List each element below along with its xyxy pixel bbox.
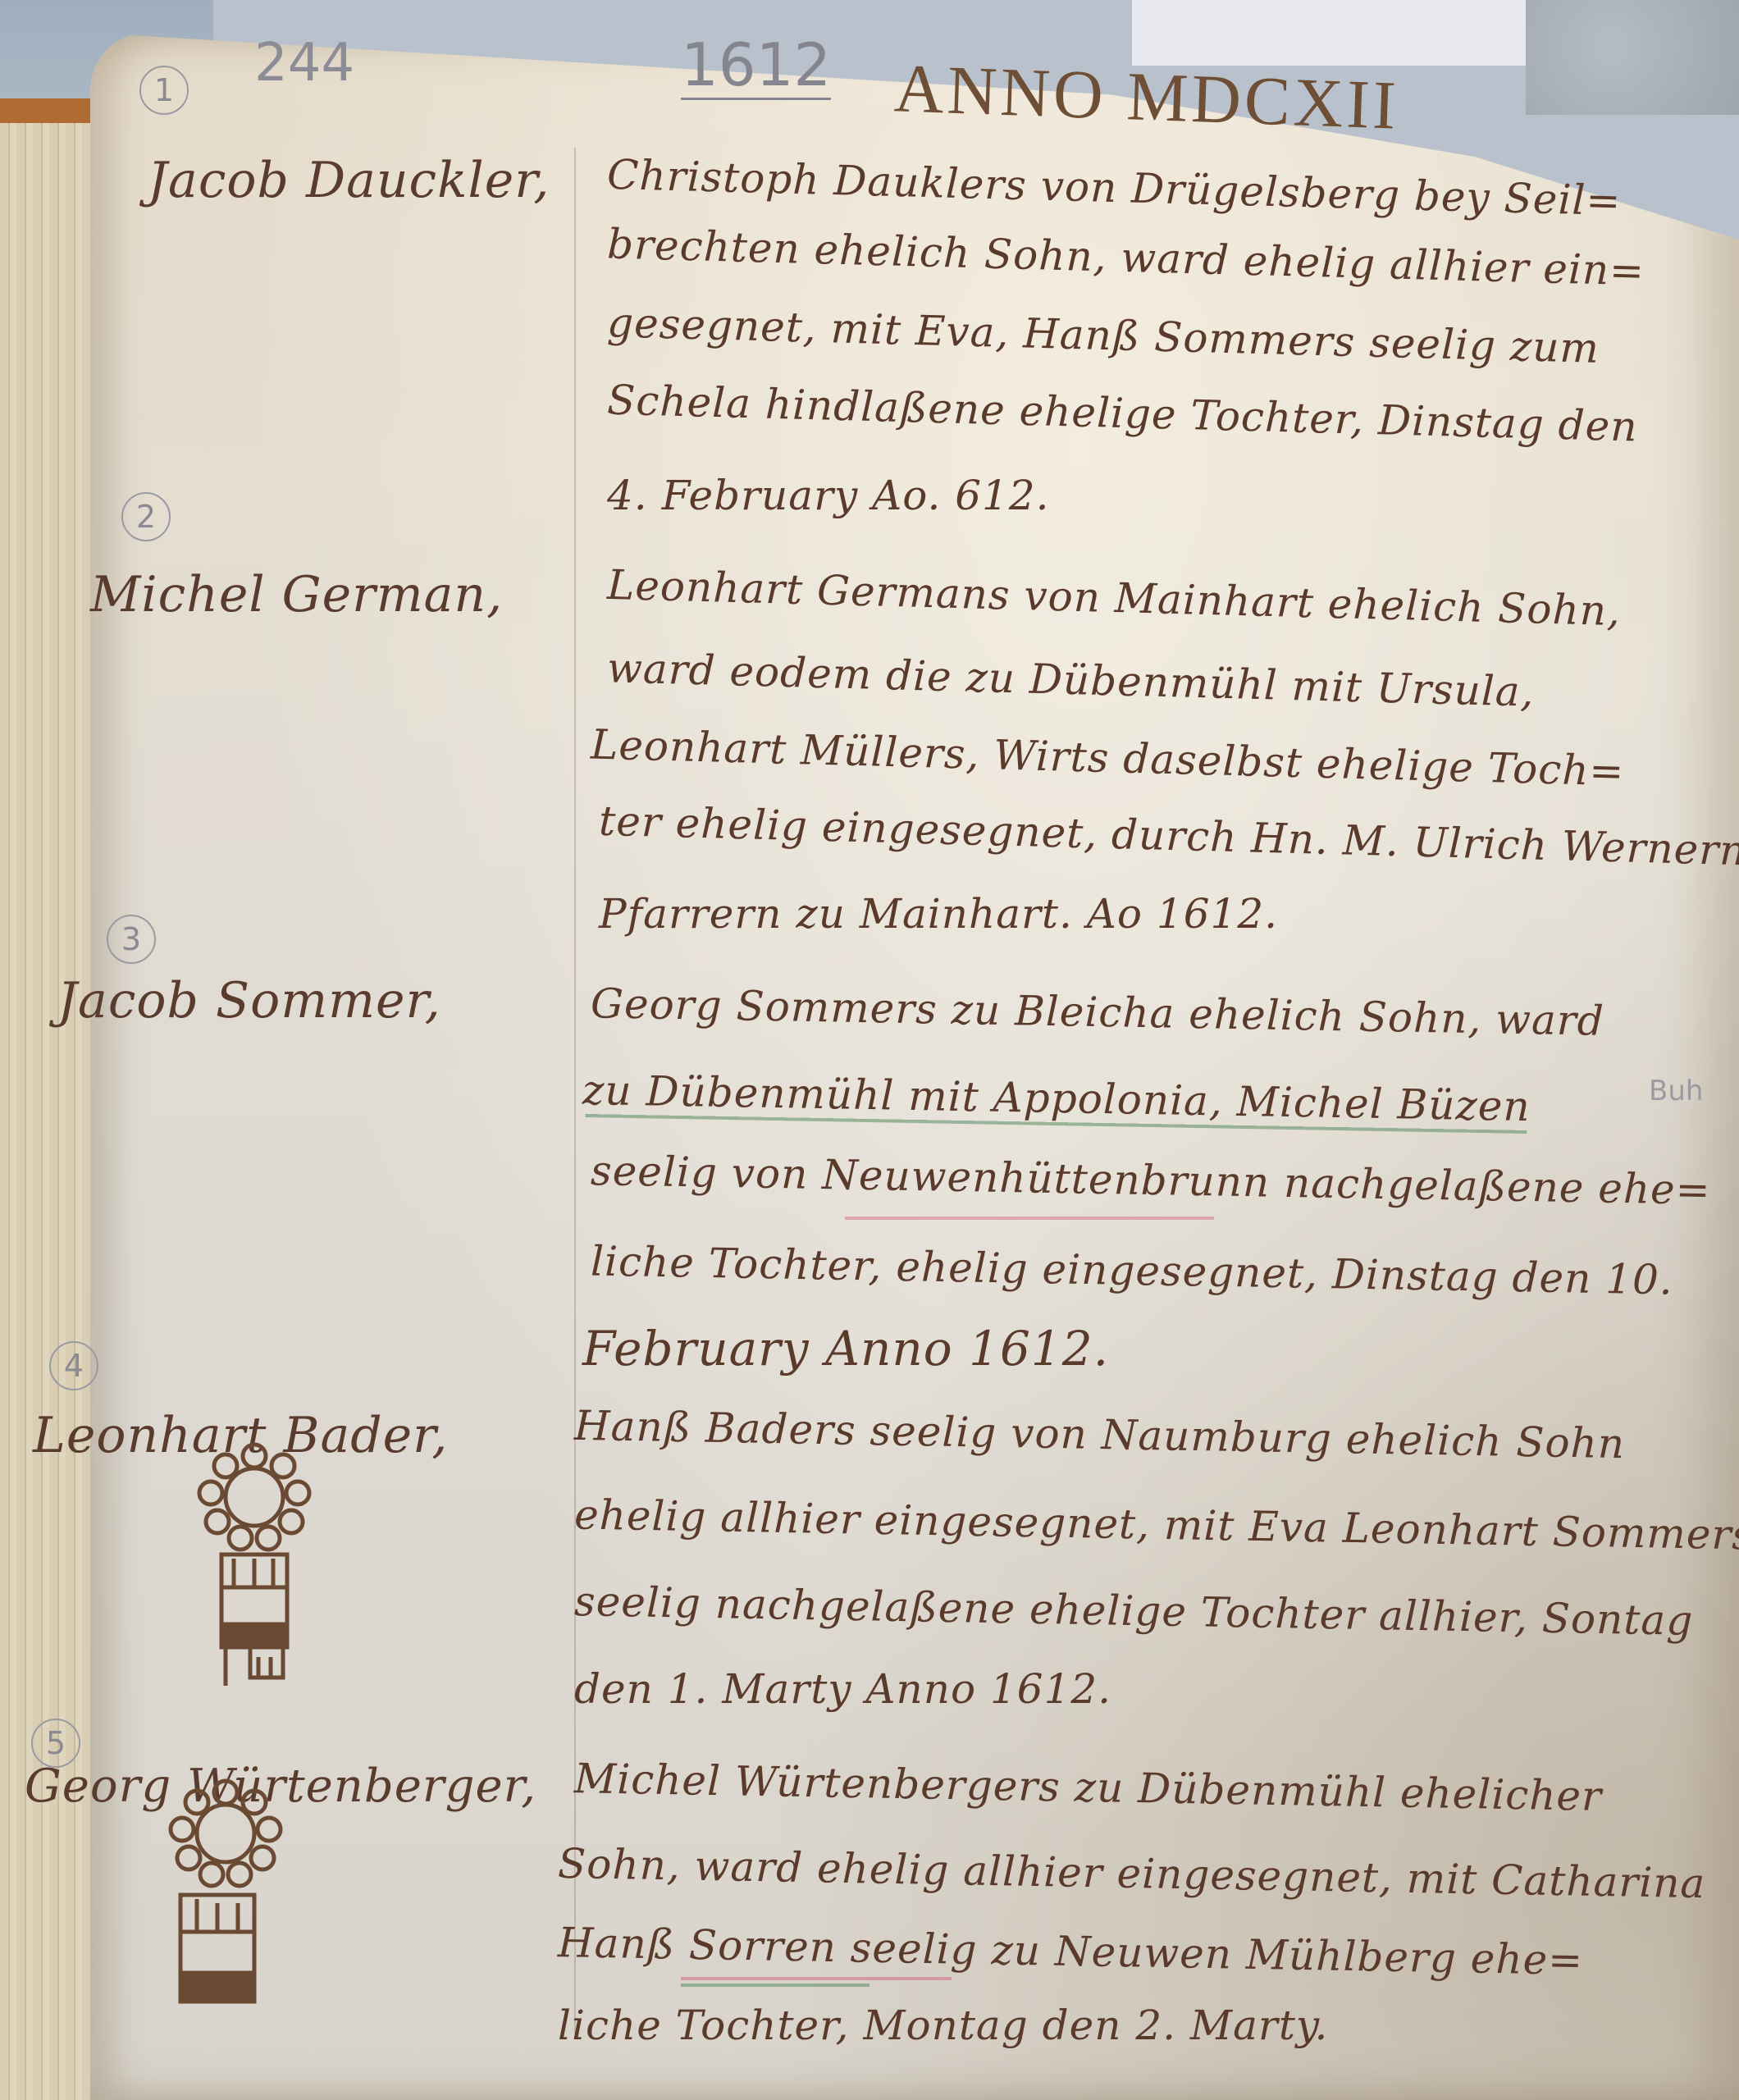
background-stone-surface xyxy=(1526,0,1739,115)
groom-name: Michel German, xyxy=(90,566,503,623)
green-underline xyxy=(681,1984,869,1987)
entry-line: Pfarrern zu Mainhart. Ao 1612. xyxy=(599,890,1278,938)
entry-line: den 1. Marty Anno 1612. xyxy=(574,1665,1111,1713)
groom-name: Jacob Sommer, xyxy=(57,972,441,1029)
flower-key-ornament-1-icon xyxy=(176,1440,332,1735)
groom-name: Jacob Dauckler, xyxy=(148,152,550,209)
entry-number: 3 xyxy=(107,915,156,964)
entry-line: February Anno 1612. xyxy=(582,1321,1109,1376)
flower-key-ornament-2-icon xyxy=(148,1764,304,2034)
entry-number: 2 xyxy=(121,492,171,541)
background-paper xyxy=(1132,0,1526,66)
entry-number: 1 xyxy=(139,66,189,115)
entry-number: 4 xyxy=(49,1341,98,1390)
red-underline xyxy=(681,1977,952,1980)
red-underline xyxy=(845,1217,1214,1220)
year-pencil-annotation: 1612 xyxy=(681,33,831,100)
folio-number: 244 xyxy=(254,33,354,94)
column-rule xyxy=(574,148,576,2034)
entry-line: 4. February Ao. 612. xyxy=(607,472,1050,519)
margin-pencil-note: Buh xyxy=(1649,1075,1703,1107)
entry-line: liche Tochter, Montag den 2. Marty. xyxy=(558,2002,1328,2049)
